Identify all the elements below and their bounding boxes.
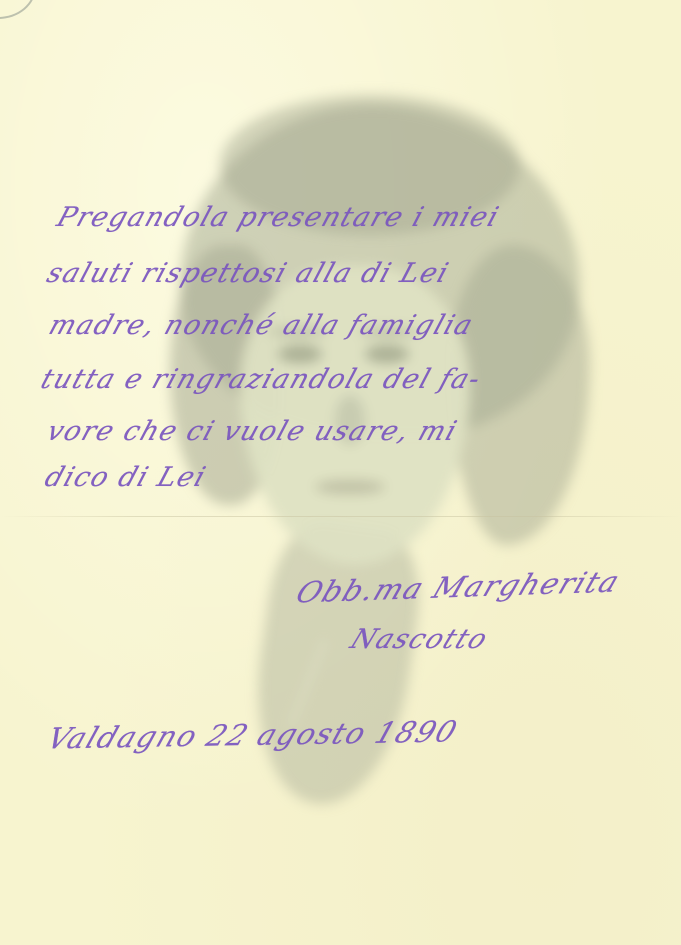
paper-fold-line	[0, 516, 681, 517]
letter-body-line: saluti rispettosi alla di Lei	[43, 258, 453, 289]
portrait-right-eye	[365, 345, 409, 363]
letter-body-line: madre, nonché alla famiglia	[45, 310, 478, 341]
letter-body-line: dico di Lei	[41, 462, 211, 493]
letter-body-line: Pregandola presentare i miei	[53, 202, 504, 233]
portrait-hair-right	[450, 245, 590, 545]
letter-body-line: tutta e ringraziandola del fa-	[37, 364, 485, 395]
portrait-left-eye	[278, 345, 322, 363]
signature-surname: Nascotto	[346, 624, 493, 655]
letter-page: Pregandola presentare i miei saluti risp…	[0, 0, 681, 945]
corner-stain-mark	[0, 0, 36, 19]
portrait-mouth	[315, 480, 385, 494]
letter-body-line: vore che ci vuole usare, mi	[43, 416, 462, 447]
